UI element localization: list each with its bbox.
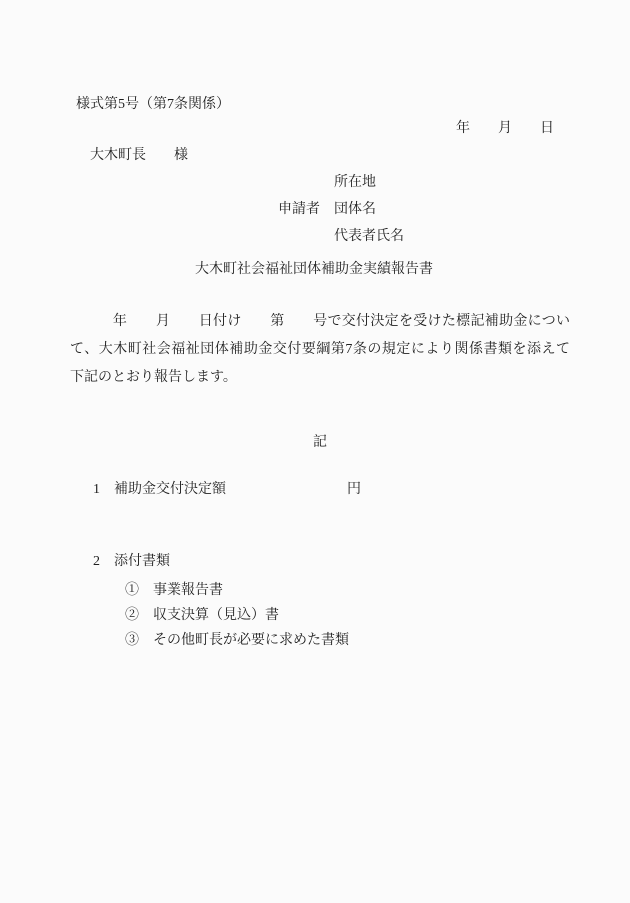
applicant-label: 申請者 bbox=[278, 200, 320, 220]
item-2-row: 2 添付書類 bbox=[70, 552, 570, 572]
body-line: て、大木町社会福祉団体補助金交付要綱第7条の規定により関係書類を添えて bbox=[70, 336, 570, 364]
attachment-item: ① 事業報告書 bbox=[125, 578, 570, 603]
record-marker: 記 bbox=[70, 433, 570, 453]
item-2-label: 添付書類 bbox=[114, 552, 170, 572]
document-title: 大木町社会福祉団体補助金実績報告書 bbox=[70, 260, 570, 280]
applicant-field-organization: 団体名 bbox=[334, 196, 404, 223]
applicant-block: 申請者 所在地 団体名 代表者氏名 bbox=[278, 169, 570, 250]
item-1-unit: 円 bbox=[347, 480, 361, 500]
attachment-item: ③ その他町長が必要に求めた書類 bbox=[125, 628, 570, 653]
item-1-row: 1 補助金交付決定額 円 bbox=[70, 480, 570, 500]
date-line: 年 月 日 bbox=[70, 119, 554, 139]
addressee-line: 大木町長 様 bbox=[90, 146, 570, 166]
body-line: 年 月 日付け 第 号で交付決定を受けた標記補助金につい bbox=[70, 308, 570, 336]
body-paragraph: 年 月 日付け 第 号で交付決定を受けた標記補助金につい て、大木町社会福祉団体… bbox=[70, 308, 570, 392]
item-1-label: 補助金交付決定額 bbox=[114, 480, 226, 500]
form-number: 様式第5号（第7条関係） bbox=[76, 95, 570, 115]
applicant-fields: 所在地 団体名 代表者氏名 bbox=[334, 169, 404, 250]
item-1-number: 1 bbox=[93, 480, 100, 500]
applicant-field-address: 所在地 bbox=[334, 169, 404, 196]
item-2-number: 2 bbox=[93, 552, 100, 572]
body-line: 下記のとおり報告します。 bbox=[70, 364, 570, 392]
applicant-field-representative: 代表者氏名 bbox=[334, 223, 404, 250]
attachment-list: ① 事業報告書 ② 収支決算（見込）書 ③ その他町長が必要に求めた書類 bbox=[70, 578, 570, 653]
attachment-item: ② 収支決算（見込）書 bbox=[125, 603, 570, 628]
document-page: 様式第5号（第7条関係） 年 月 日 大木町長 様 申請者 所在地 団体名 代表… bbox=[0, 0, 630, 903]
